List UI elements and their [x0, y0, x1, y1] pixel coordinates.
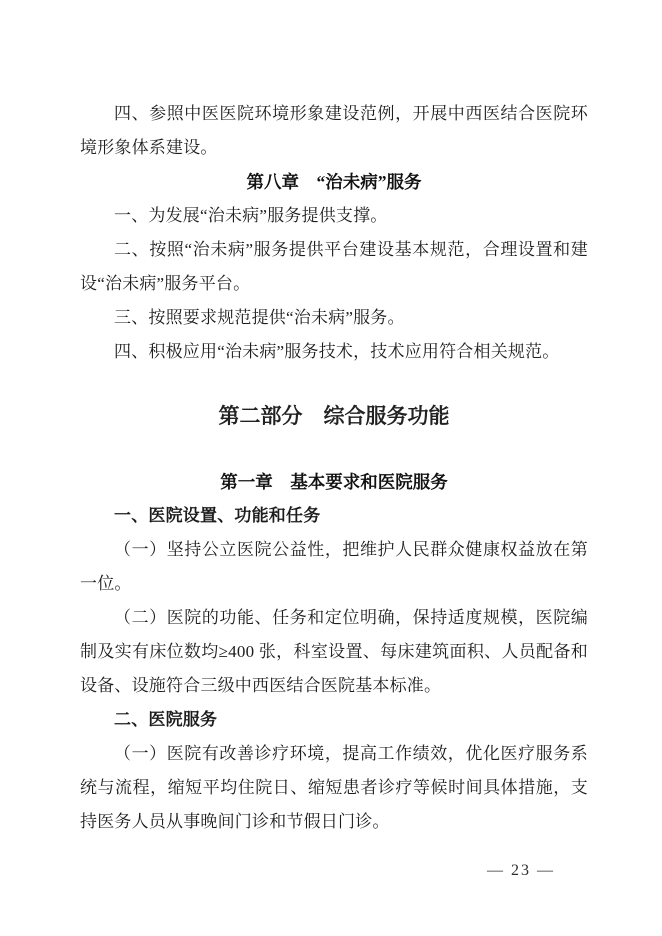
chapter-heading-1: 第一章 基本要求和医院服务	[80, 465, 588, 499]
paragraph-zwb-2: 二、按照“治未病”服务提供平台建设基本规范，合理设置和建设“治未病”服务平台。	[80, 233, 588, 301]
paragraph-zwb-4: 四、积极应用“治未病”服务技术，技术应用符合相关规范。	[80, 335, 588, 369]
paragraph-zwb-1: 一、为发展“治未病”服务提供支撑。	[80, 199, 588, 233]
document-body: 四、参照中医医院环境形象建设范例，开展中西医结合医院环境形象体系建设。 第八章 …	[80, 97, 588, 839]
paragraph-zwb-3: 三、按照要求规范提供“治未病”服务。	[80, 301, 588, 335]
paragraph-service-improvement: （一）医院有改善诊疗环境，提高工作绩效，优化医疗服务系统与流程，缩短平均住院日、…	[80, 737, 588, 839]
paragraph-env-image: 四、参照中医医院环境形象建设范例，开展中西医结合医院环境形象体系建设。	[80, 97, 588, 165]
paragraph-hospital-scale: （二）医院的功能、任务和定位明确，保持适度规模，医院编制及实有床位数均≥400 …	[80, 601, 588, 703]
document-page: 四、参照中医医院环境形象建设范例，开展中西医结合医院环境形象体系建设。 第八章 …	[0, 0, 662, 936]
part-heading-2: 第二部分 综合服务功能	[80, 399, 588, 435]
section-subhead-hospital-service: 二、医院服务	[80, 703, 588, 737]
chapter-heading-8: 第八章 “治未病”服务	[80, 165, 588, 199]
paragraph-public-welfare: （一）坚持公立医院公益性，把维护人民群众健康权益放在第一位。	[80, 533, 588, 601]
page-number: — 23 —	[487, 860, 555, 882]
section-subhead-hospital-setup: 一、医院设置、功能和任务	[80, 499, 588, 533]
